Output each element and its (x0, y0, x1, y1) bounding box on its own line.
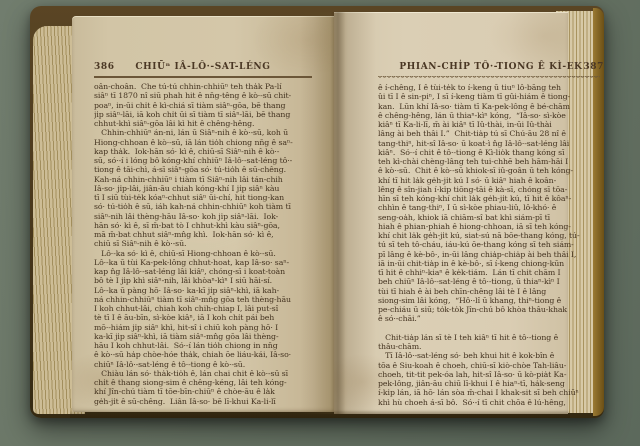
left-page-body: oân-choân. Che tú-tú chhin-chhiūⁿ teh th… (94, 82, 332, 408)
right-page: PHIAN-CHI̍P TÔ·-TIONG Ê KÌ-EK 387 ê í-ch… (334, 12, 568, 414)
right-header-wavy-rule (378, 76, 600, 79)
open-book: 386 CHIŪⁿ IÂ-LÔ·-SAT-LÉNG oân-choân. Che… (30, 6, 604, 418)
right-page-number: 387 (583, 62, 604, 72)
left-page-number: 386 (94, 62, 115, 72)
right-running-head: PHIAN-CHI̍P TÔ·-TIONG Ê KÌ-EK 387 (378, 62, 604, 74)
left-header-rule (94, 76, 312, 78)
right-header-title: PHIAN-CHI̍P TÔ·-TIONG Ê KÌ-EK (378, 62, 604, 72)
right-page-body: ê í-chêng, I ê tùi-te̍k to í-keng ū tiuⁿ… (378, 83, 604, 409)
left-header-title: CHIŪⁿ IÂ-LÔ·-SAT-LÉNG (92, 62, 314, 72)
left-running-head: 386 CHIŪⁿ IÂ-LÔ·-SAT-LÉNG (92, 62, 314, 74)
left-page: 386 CHIŪⁿ IÂ-LÔ·-SAT-LÉNG oân-choân. Che… (72, 16, 334, 412)
